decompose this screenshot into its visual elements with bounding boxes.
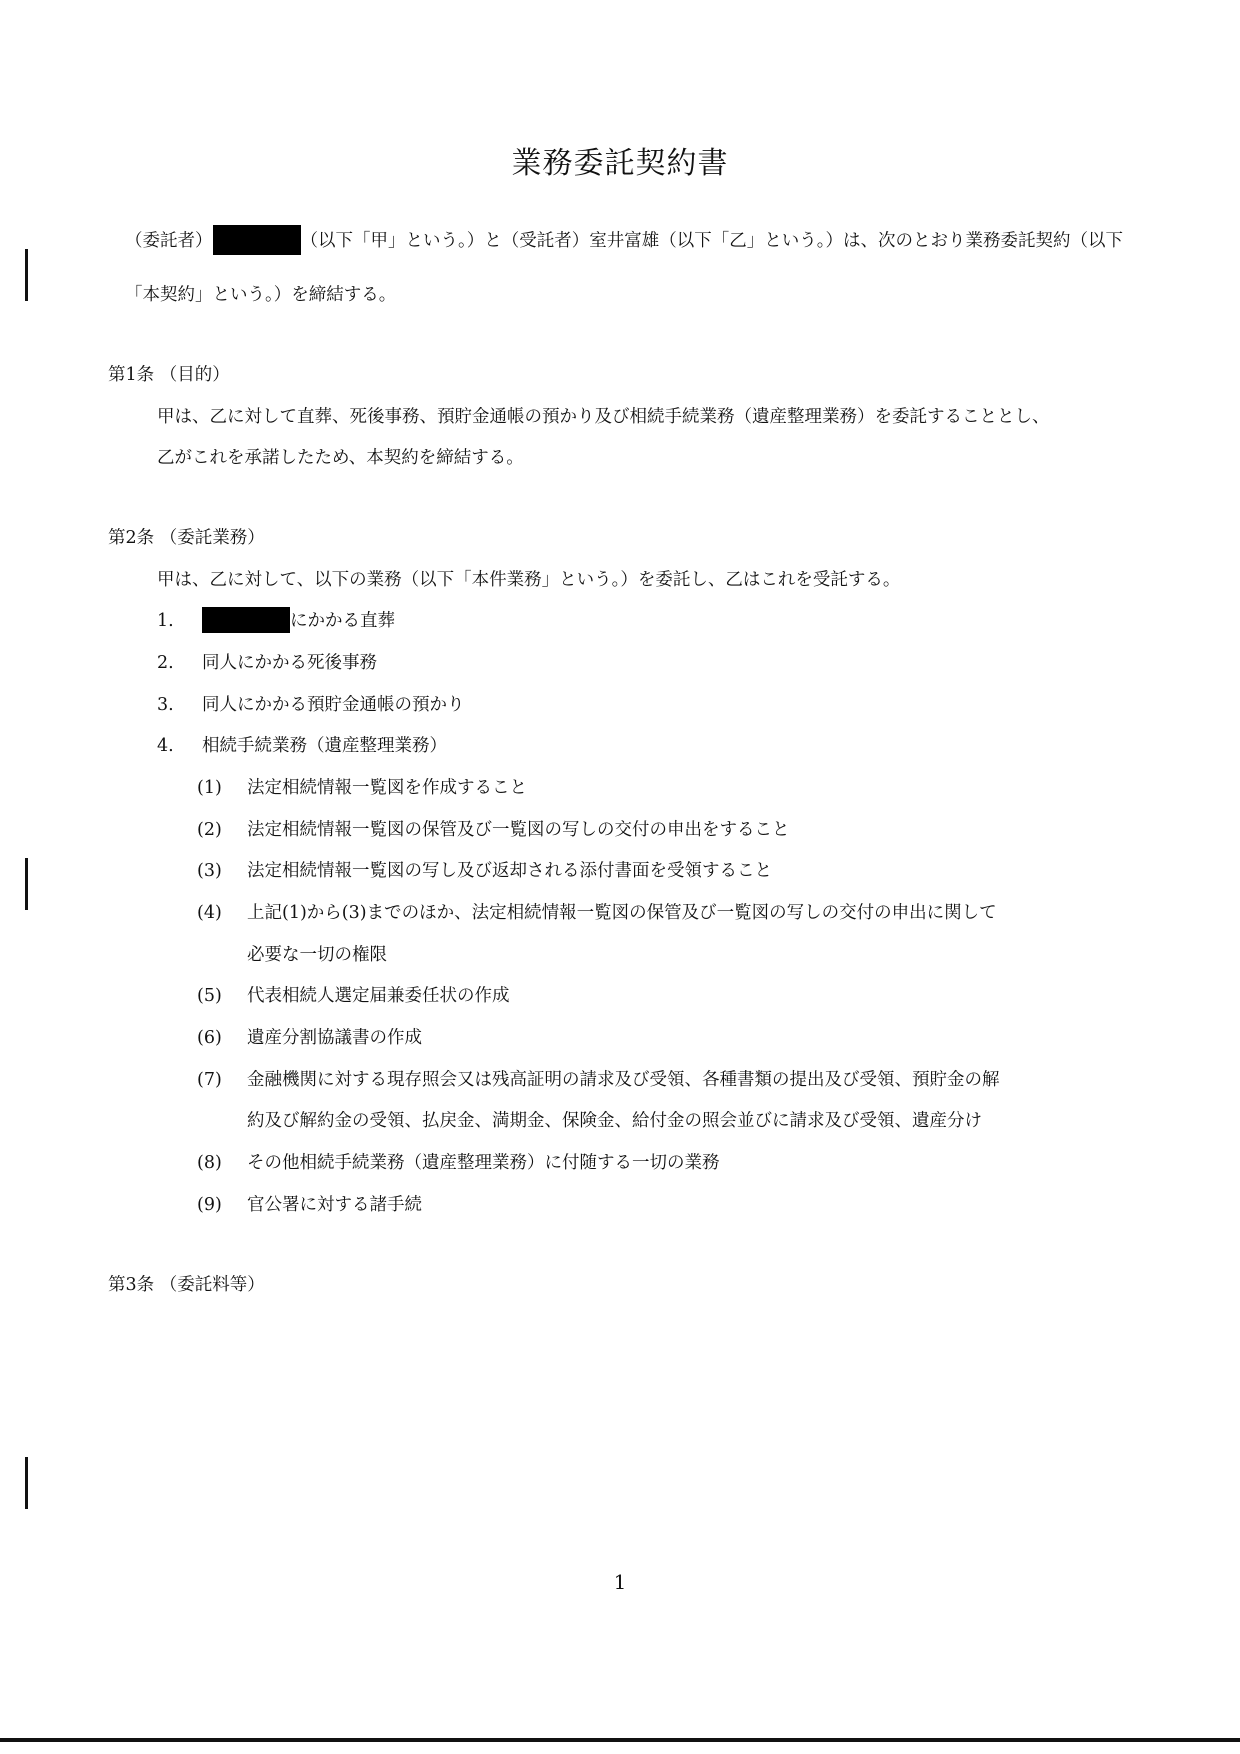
article-3-heading: 第3条 （委託料等） xyxy=(108,1272,265,1298)
scan-margin-mark xyxy=(25,249,28,301)
article-1-heading: 第1条 （目的） xyxy=(108,362,230,388)
list-item: 4.相続手続業務（遺産整理業務） xyxy=(157,733,447,759)
sub-list-item: (3)法定相続情報一覧図の写し及び返却される添付書面を受領すること xyxy=(197,858,772,884)
intro-line-1: （委託者）（以下「甲」という。）と（受託者）室井富雄（以下「乙」という。）は、次… xyxy=(125,228,1123,255)
list-item: 1.にかかる直葬 xyxy=(157,608,395,634)
intro-text: （以下「甲」という。）と（受託者）室井富雄（以下「乙」という。）は、次のとおり業… xyxy=(301,231,1124,251)
redacted-client-name xyxy=(213,225,301,255)
sub-list-item: (5)代表相続人選定届兼委任状の作成 xyxy=(197,983,510,1009)
intro-client-label: （委託者） xyxy=(125,231,213,251)
page-number: 1 xyxy=(0,1570,1240,1594)
sub-list-item: (1)法定相続情報一覧図を作成すること xyxy=(197,775,527,801)
scan-bottom-edge xyxy=(0,1738,1240,1742)
article-2-heading: 第2条 （委託業務） xyxy=(108,525,265,551)
scan-margin-mark xyxy=(25,858,28,910)
article-1-body-line-1: 甲は、乙に対して直葬、死後事務、預貯金通帳の預かり及び相続手続業務（遺産整理業務… xyxy=(157,404,1050,430)
sub-list-item: (4)上記(1)から(3)までのほか、法定相続情報一覧図の保管及び一覧図の写しの… xyxy=(197,900,997,926)
sub-list-item: (7)金融機関に対する現存照会又は残高証明の請求及び受領、各種書類の提出及び受領… xyxy=(197,1067,1000,1093)
scan-margin-mark xyxy=(25,1457,28,1509)
document-title: 業務委託契約書 xyxy=(0,144,1240,184)
list-item: 3.同人にかかる預貯金通帳の預かり xyxy=(157,692,465,718)
intro-line-2: 「本契約」という。）を締結する。 xyxy=(125,282,396,308)
sub-list-item: (6)遺産分割協議書の作成 xyxy=(197,1025,422,1051)
list-item: 2.同人にかかる死後事務 xyxy=(157,650,377,676)
article-1-body-line-2: 乙がこれを承諾したため、本契約を締結する。 xyxy=(157,445,524,471)
sub-list-item: (9)官公署に対する諸手続 xyxy=(197,1192,422,1218)
sub-list-item: (8)その他相続手続業務（遺産整理業務）に付随する一切の業務 xyxy=(197,1150,720,1176)
sub-list-item-continuation: 必要な一切の権限 xyxy=(247,942,387,968)
article-2-body: 甲は、乙に対して、以下の業務（以下「本件業務」という。）を委託し、乙はこれを受託… xyxy=(157,567,900,593)
redacted-person-name xyxy=(202,607,290,633)
sub-list-item-continuation: 約及び解約金の受領、払戻金、満期金、保険金、給付金の照会並びに請求及び受領、遺産… xyxy=(247,1108,982,1134)
sub-list-item: (2)法定相続情報一覧図の保管及び一覧図の写しの交付の申出をすること xyxy=(197,817,790,843)
